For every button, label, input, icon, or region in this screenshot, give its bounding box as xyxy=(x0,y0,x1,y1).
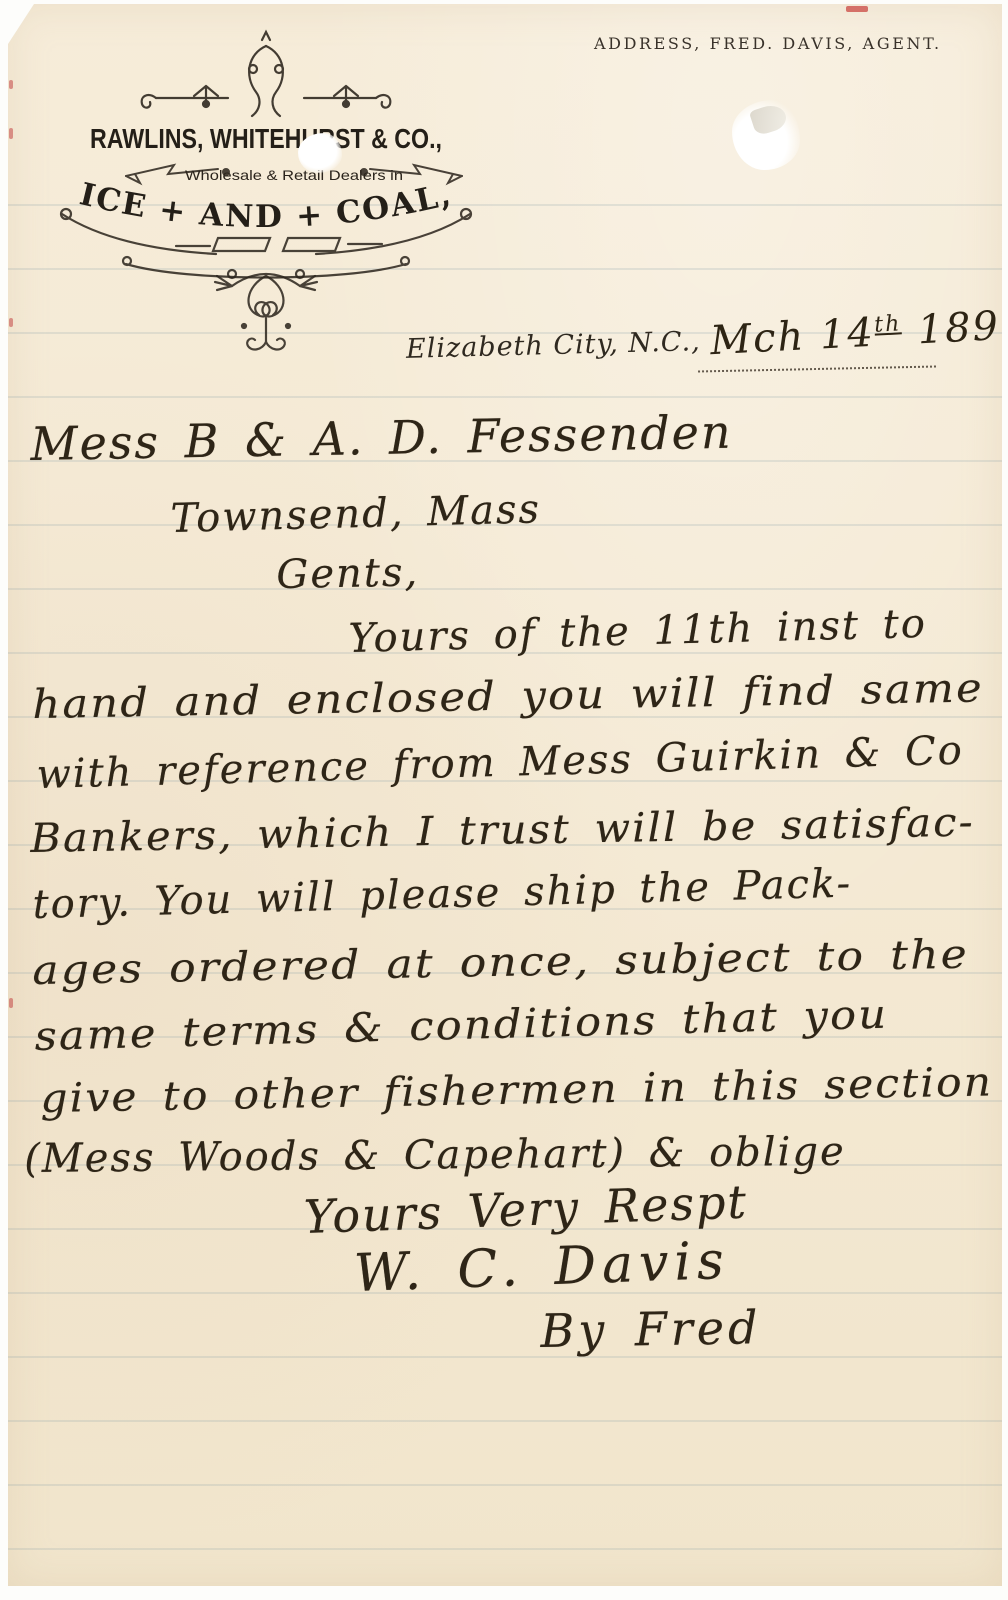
paper-blotch xyxy=(298,133,342,173)
red-edge-mark xyxy=(9,80,13,89)
company-name: RAWLINS, WHITEHURST & CO., xyxy=(90,123,442,154)
body-line: (Mess Woods & Capehart) & oblige xyxy=(24,1129,846,1182)
salutation-line: Gents, xyxy=(276,550,419,598)
red-edge-mark xyxy=(846,6,868,12)
torn-flap xyxy=(749,101,789,136)
pendant-flourish-icon xyxy=(215,270,317,349)
red-edge-mark xyxy=(9,318,13,327)
agent-address-line: ADDRESS, FRED. DAVIS, AGENT. xyxy=(594,34,1004,53)
date-year: 1891 xyxy=(916,302,1008,354)
letter-paper: ADDRESS, FRED. DAVIS, AGENT. RAWLINS, WH… xyxy=(8,4,1002,1586)
red-edge-mark xyxy=(9,14,13,26)
dealer-line: Wholesale & Retail Dealers in xyxy=(185,167,403,183)
recipient-place-line: Townsend, Mass xyxy=(170,486,542,542)
date-month-day: Mch 14 xyxy=(709,310,876,365)
paper-hole xyxy=(732,100,800,170)
scroll-flourish-icon xyxy=(142,32,391,116)
red-edge-mark xyxy=(9,998,13,1008)
letterhead: RAWLINS, WHITEHURST & CO., Wholesale & R… xyxy=(56,24,476,356)
signed-per-line: By Fred xyxy=(540,1300,762,1358)
date-ordinal: th xyxy=(874,311,902,337)
red-edge-mark xyxy=(9,128,13,139)
